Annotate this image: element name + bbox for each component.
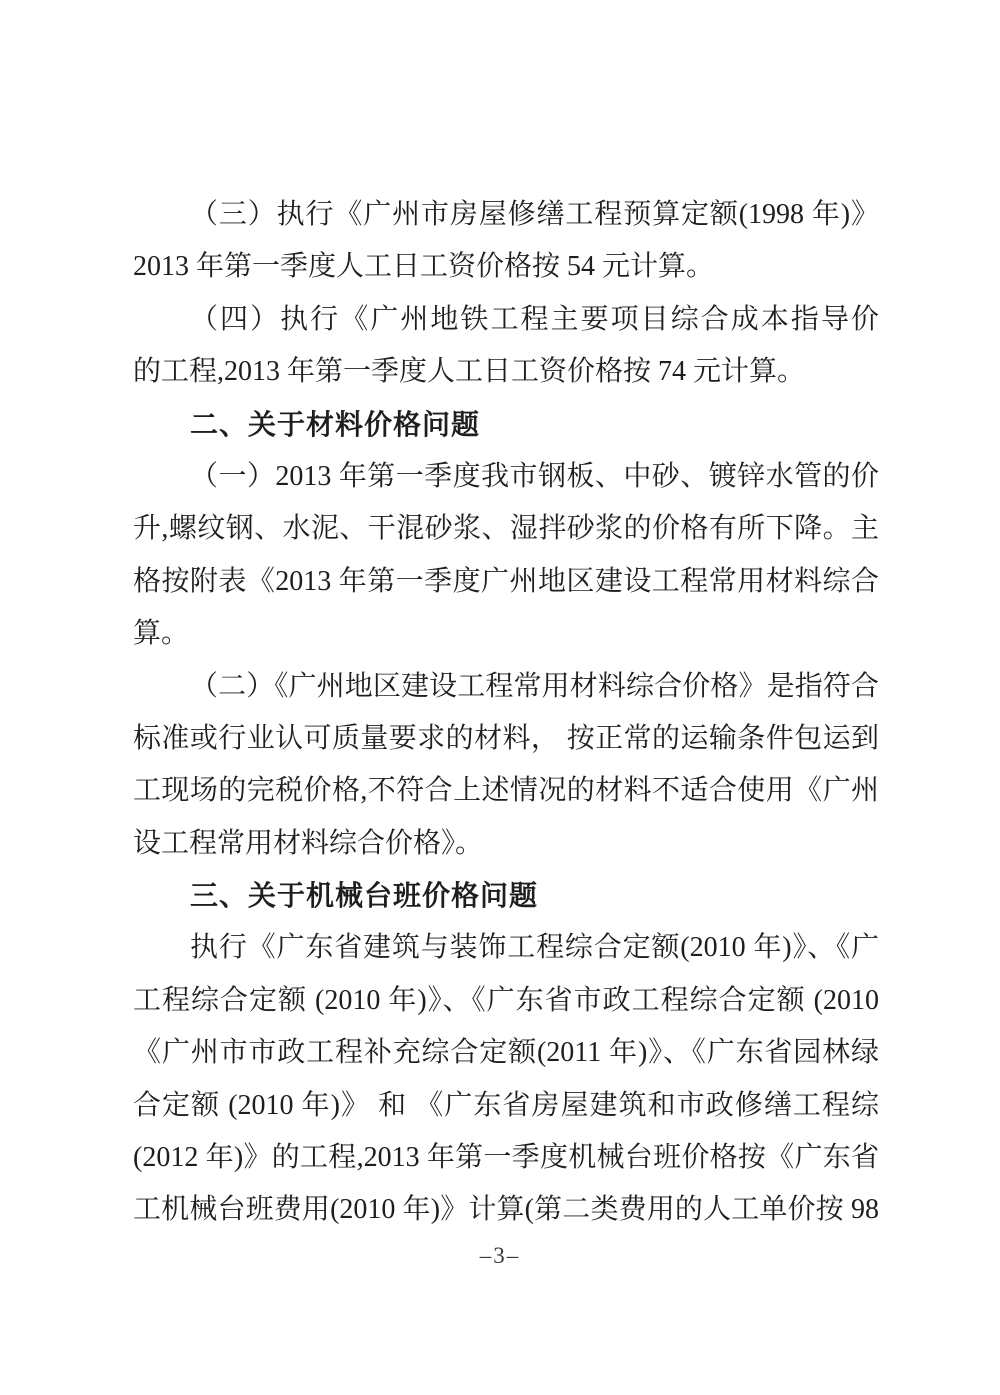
section-heading: 二、关于材料价格问题 xyxy=(133,399,879,451)
text-line: 算。 xyxy=(133,608,879,660)
text-line: 《广州市市政工程补充综合定额(2011 年)》、《广东省园林绿化工程综 xyxy=(133,1027,879,1079)
text-line: 工机械台班费用(2010 年)》计算(第二类费用的人工单价按 98 元 / xyxy=(133,1184,879,1236)
section-heading: 三、关于机械台班价格问题 xyxy=(133,870,879,922)
text-line: 升,螺纹钢、水泥、干混砂浆、湿拌砂浆的价格有所下降。主要材料价 xyxy=(133,503,879,555)
text-line: 格按附表《2013 年第一季度广州地区建设工程常用材料综合价格》计 xyxy=(133,556,879,608)
text-line: 2013 年第一季度人工日工资价格按 54 元计算。 xyxy=(133,241,879,293)
text-line: 合定额 (2010 年)》 和 《广东省房屋建筑和市政修缮工程综合定额 xyxy=(133,1080,879,1132)
text-line: 工程综合定额 (2010 年)》、《广东省市政工程综合定额 (2010 年)》、 xyxy=(133,975,879,1027)
text-line: 执行《广东省建筑与装饰工程综合定额(2010 年)》、《广东省安装 xyxy=(133,922,879,974)
text-line: （四）执行《广州地铁工程主要项目综合成本指导价(2001 年)》 xyxy=(133,294,879,346)
text-line: 标准或行业认可质量要求的材料， 按正常的运输条件包运到我市施 xyxy=(133,713,879,765)
text-line: （一）2013 年第一季度我市钢板、中砂、镀锌水管的价格有所上 xyxy=(133,451,879,503)
page-number: –3– xyxy=(0,1238,1000,1274)
text-line: （二）《广州地区建设工程常用材料综合价格》是指符合国家产品 xyxy=(133,661,879,713)
text-line: 工现场的完税价格,不符合上述情况的材料不适合使用《广州地区建 xyxy=(133,765,879,817)
text-line: (2012 年)》的工程,2013 年第一季度机械台班价格按《广东省建设施 xyxy=(133,1132,879,1184)
text-line: 设工程常用材料综合价格》。 xyxy=(133,818,879,870)
document-page: （三）执行《广州市房屋修缮工程预算定额(1998 年)》的工程，2013 年第一… xyxy=(0,0,1000,1395)
text-line: 的工程,2013 年第一季度人工日工资价格按 74 元计算。 xyxy=(133,346,879,398)
text-line: （三）执行《广州市房屋修缮工程预算定额(1998 年)》的工程， xyxy=(133,189,879,241)
document-body: （三）执行《广州市房屋修缮工程预算定额(1998 年)》的工程，2013 年第一… xyxy=(133,189,879,1237)
